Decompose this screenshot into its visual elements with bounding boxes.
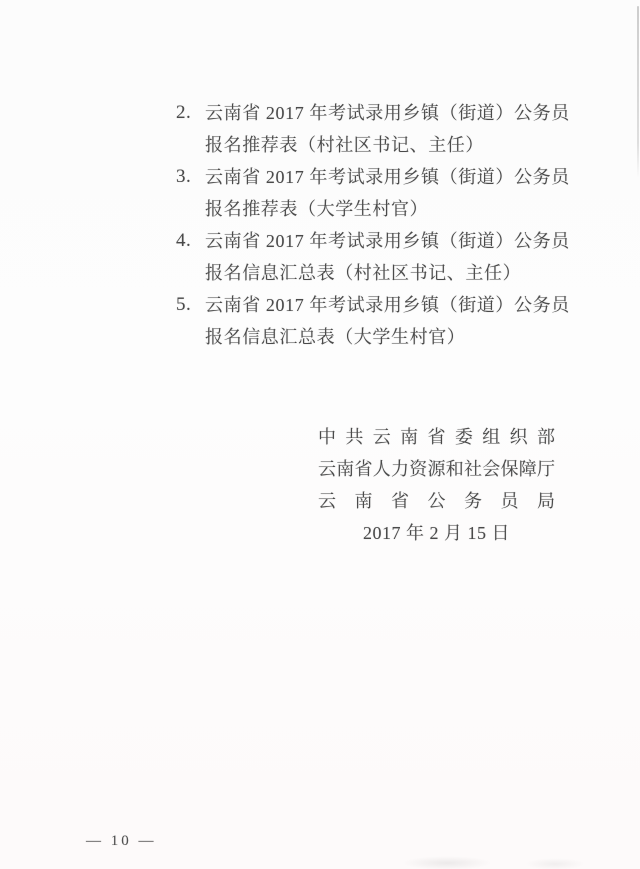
item-text: 云南省 2017 年考试录用乡镇（街道）公务员 报名推荐表（大学生村官） — [205, 161, 570, 225]
item-text-line: 云南省 2017 年考试录用乡镇（街道）公务员 — [205, 289, 570, 321]
page-number: — 10 — — [86, 833, 157, 850]
list-item: 5. 云南省 2017 年考试录用乡镇（街道）公务员 报名信息汇总表（大学生村官… — [176, 289, 570, 353]
scanned-document-page: 2. 云南省 2017 年考试录用乡镇（街道）公务员 报名推荐表（村社区书记、主… — [0, 0, 640, 869]
item-text-line: 云南省 2017 年考试录用乡镇（街道）公务员 — [205, 161, 570, 193]
item-text: 云南省 2017 年考试录用乡镇（街道）公务员 报名信息汇总表（村社区书记、主任… — [205, 225, 570, 289]
item-text-line: 报名信息汇总表（村社区书记、主任） — [205, 257, 570, 289]
scan-edge-artifact — [637, 6, 639, 178]
item-text: 云南省 2017 年考试录用乡镇（街道）公务员 报名信息汇总表（大学生村官） — [205, 289, 570, 353]
item-number: 2. — [176, 97, 205, 129]
scan-smudge — [402, 856, 492, 869]
item-number: 3. — [176, 161, 205, 193]
issuing-org-1: 中共云南省委组织部 — [318, 421, 555, 453]
scan-smudge — [525, 858, 585, 869]
item-text-line: 云南省 2017 年考试录用乡镇（街道）公务员 — [205, 225, 570, 257]
item-number: 5. — [176, 289, 205, 321]
list-item: 4. 云南省 2017 年考试录用乡镇（街道）公务员 报名信息汇总表（村社区书记… — [176, 225, 570, 289]
attachment-list: 2. 云南省 2017 年考试录用乡镇（街道）公务员 报名推荐表（村社区书记、主… — [176, 97, 570, 353]
item-text: 云南省 2017 年考试录用乡镇（街道）公务员 报名推荐表（村社区书记、主任） — [205, 97, 570, 161]
item-text-line: 报名推荐表（大学生村官） — [205, 193, 570, 225]
list-item: 2. 云南省 2017 年考试录用乡镇（街道）公务员 报名推荐表（村社区书记、主… — [176, 97, 570, 161]
issue-date: 2017 年 2 月 15 日 — [318, 517, 555, 549]
item-text-line: 报名信息汇总表（大学生村官） — [205, 321, 570, 353]
signature-block: 中共云南省委组织部 云南省人力资源和社会保障厅 云南省公务员局 2017 年 2… — [318, 421, 555, 549]
list-item: 3. 云南省 2017 年考试录用乡镇（街道）公务员 报名推荐表（大学生村官） — [176, 161, 570, 225]
issuing-org-2: 云南省人力资源和社会保障厅 — [318, 453, 555, 485]
item-text-line: 报名推荐表（村社区书记、主任） — [205, 129, 570, 161]
item-number: 4. — [176, 225, 205, 257]
item-text-line: 云南省 2017 年考试录用乡镇（街道）公务员 — [205, 97, 570, 129]
issuing-org-3: 云南省公务员局 — [318, 485, 555, 517]
